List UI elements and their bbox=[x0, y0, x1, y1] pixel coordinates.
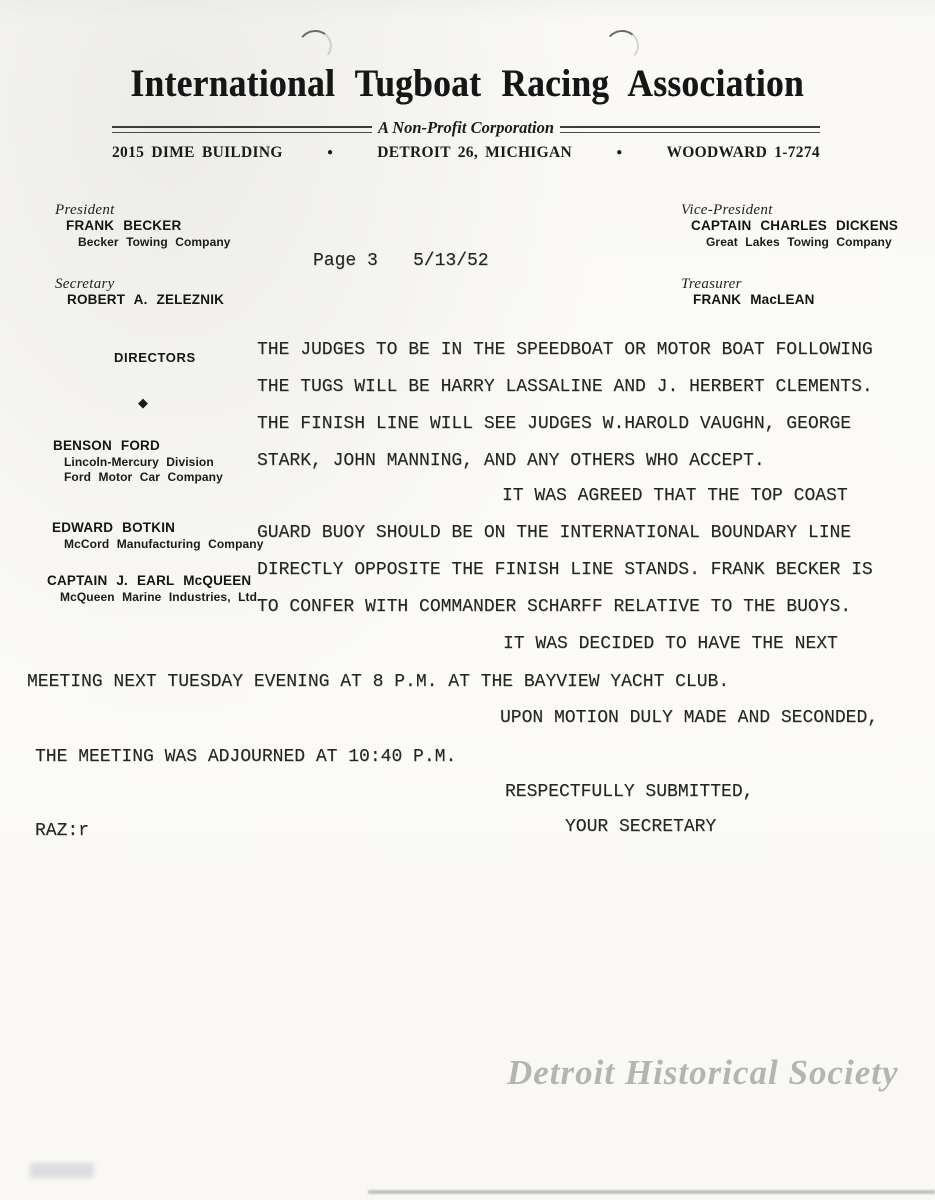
signature-line: YOUR SECRETARY bbox=[565, 818, 716, 838]
directors-heading: DIRECTORS bbox=[114, 350, 196, 365]
letterhead-title-text: International Tugboat Racing Association bbox=[131, 64, 805, 105]
punch-hole-arc-icon bbox=[604, 29, 641, 64]
body-line: DIRECTLY OPPOSITE THE FINISH LINE STANDS… bbox=[257, 561, 873, 581]
scanner-edge-artifact bbox=[368, 1190, 935, 1194]
body-line: UPON MOTION DULY MADE AND SECONDED, bbox=[500, 709, 878, 729]
body-line: THE TUGS WILL BE HARRY LASSALINE AND J. … bbox=[257, 378, 873, 398]
treasurer-label: Treasurer bbox=[681, 276, 742, 293]
page-date: 5/13/52 bbox=[413, 252, 489, 272]
letterhead-subtitle-row: A Non-Profit Corporation bbox=[112, 118, 820, 138]
body-line: THE FINISH LINE WILL SEE JUDGES W.HAROLD… bbox=[257, 415, 851, 435]
bullet-separator-icon: ● bbox=[616, 148, 622, 158]
vice-president-name: CAPTAIN CHARLES DICKENS bbox=[691, 218, 898, 233]
double-rule-left bbox=[112, 126, 372, 133]
diamond-ornament-icon: ◆ bbox=[138, 396, 148, 411]
letterhead-address-row: 2015 DIME BUILDING ● DETROIT 26, MICHIGA… bbox=[112, 144, 820, 162]
archive-watermark: Detroit Historical Society bbox=[507, 1053, 899, 1093]
body-line: IT WAS AGREED THAT THE TOP COAST bbox=[502, 487, 848, 507]
punch-hole-arc-icon bbox=[296, 28, 334, 64]
secretary-label: Secretary bbox=[55, 276, 115, 293]
treasurer-name: FRANK MacLEAN bbox=[693, 292, 815, 307]
letterhead-subtitle: A Non-Profit Corporation bbox=[378, 118, 554, 138]
scan-smudge-artifact bbox=[30, 1163, 94, 1178]
secretary-name: ROBERT A. ZELEZNIK bbox=[67, 292, 224, 307]
director-name: BENSON FORD bbox=[53, 438, 160, 453]
vice-president-label: Vice-President bbox=[681, 202, 773, 219]
body-line: GUARD BUOY SHOULD BE ON THE INTERNATIONA… bbox=[257, 524, 851, 544]
president-name: FRANK BECKER bbox=[66, 218, 181, 233]
body-line: IT WAS DECIDED TO HAVE THE NEXT bbox=[503, 635, 838, 655]
typist-initials: RAZ:r bbox=[35, 822, 89, 842]
closing-line: RESPECTFULLY SUBMITTED, bbox=[505, 783, 753, 803]
body-line: MEETING NEXT TUESDAY EVENING AT 8 P.M. A… bbox=[27, 673, 729, 693]
director-company-line: Lincoln-Mercury Division bbox=[64, 455, 214, 469]
letterhead-title: International Tugboat Racing Association bbox=[0, 64, 935, 105]
address-building: 2015 DIME BUILDING bbox=[112, 144, 283, 162]
director-company-line: McQueen Marine Industries, Ltd. bbox=[60, 590, 260, 604]
bullet-separator-icon: ● bbox=[327, 148, 333, 158]
page-number: Page 3 bbox=[313, 252, 378, 272]
director-company-line: McCord Manufacturing Company bbox=[64, 537, 263, 551]
body-line: THE MEETING WAS ADJOURNED AT 10:40 P.M. bbox=[35, 748, 456, 768]
president-label: President bbox=[55, 202, 115, 219]
scanned-letter-page: International Tugboat Racing Association… bbox=[0, 0, 935, 1200]
director-name: EDWARD BOTKIN bbox=[52, 520, 175, 535]
director-name: CAPTAIN J. EARL McQUEEN bbox=[47, 573, 251, 588]
vice-president-company: Great Lakes Towing Company bbox=[706, 235, 892, 249]
body-line: STARK, JOHN MANNING, AND ANY OTHERS WHO … bbox=[257, 452, 765, 472]
director-company-line: Ford Motor Car Company bbox=[64, 470, 223, 484]
body-line: THE JUDGES TO BE IN THE SPEEDBOAT OR MOT… bbox=[257, 341, 873, 361]
president-company: Becker Towing Company bbox=[78, 235, 231, 249]
double-rule-right bbox=[560, 126, 820, 133]
address-city: DETROIT 26, MICHIGAN bbox=[377, 144, 572, 162]
address-phone: WOODWARD 1-7274 bbox=[667, 144, 820, 162]
body-line: TO CONFER WITH COMMANDER SCHARFF RELATIV… bbox=[257, 598, 851, 618]
